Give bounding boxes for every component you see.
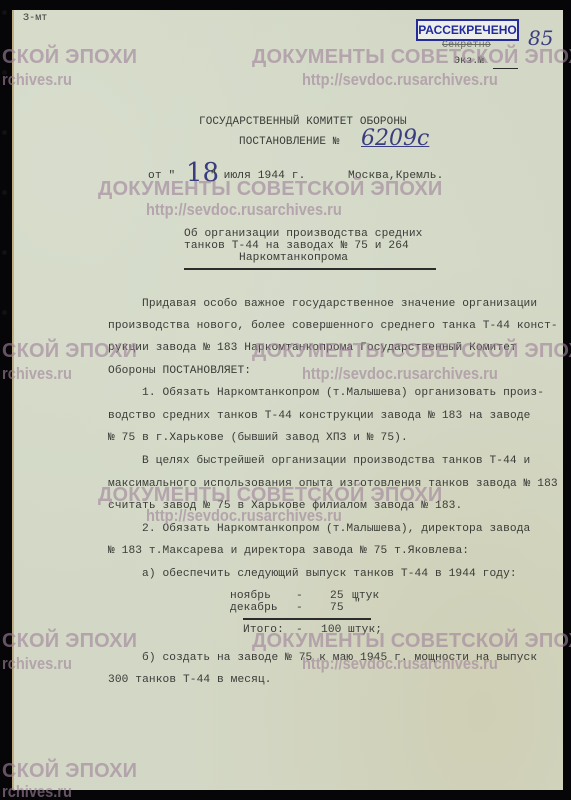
body-line: № 183 т.Максарева и директора завода № 7… bbox=[108, 545, 469, 557]
body-line: Обороны ПОСТАНОВЛЯЕТ: bbox=[108, 365, 251, 377]
watermark-title: СКОЙ ЭПОХИ bbox=[2, 760, 137, 783]
watermark-title: ДОКУМЕНТЫ СОВЕТСКОЙ ЭПОХИ bbox=[98, 484, 443, 507]
watermark-url: http://sevdoc.rusarchives.ru bbox=[302, 364, 498, 384]
watermark-url: http://sevdoc.rusarchives.ru bbox=[146, 200, 342, 220]
total-underline bbox=[243, 618, 371, 620]
watermark-title: ДОКУМЕНТЫ СОВЕТСКОЙ ЭПОХИ bbox=[252, 46, 571, 69]
decree-number: 6209с bbox=[361, 126, 429, 151]
declassified-stamp: РАССЕКРЕЧЕНО bbox=[416, 19, 519, 41]
qty-cell: 25 bbox=[330, 590, 344, 602]
watermark-url: rchives.ru bbox=[2, 782, 72, 800]
body-line: В целях быстрейшей организации производс… bbox=[142, 455, 530, 467]
subject-line-2: танков Т-44 на заводах № 75 и 264 bbox=[184, 240, 409, 252]
watermark-url: rchives.ru bbox=[2, 364, 72, 384]
body-line: производства нового, более совершенного … bbox=[108, 320, 558, 332]
body-line: № 75 в г.Харькове (бывший завод ХПЗ и № … bbox=[108, 432, 408, 444]
watermark-title: ДОКУМЕНТЫ СОВЕТСКОЙ ЭПОХИ bbox=[252, 630, 571, 653]
subject-line-3: Наркомтанкопрома bbox=[239, 252, 348, 264]
unit-cell: " bbox=[354, 598, 361, 610]
watermark-url: http://sevdoc.rusarchives.ru bbox=[302, 654, 498, 674]
month-cell: декабрь bbox=[230, 602, 278, 614]
subject-line-1: Об организации производства средних bbox=[184, 228, 422, 240]
month-cell: ноябрь bbox=[230, 590, 271, 602]
scan-frame: З-мт РАССЕКРЕЧЕНО Секретно Экз.№ 85 ГОСУ… bbox=[0, 0, 571, 800]
body-line: Придавая особо важное государственное зн… bbox=[142, 298, 537, 310]
watermark-url: rchives.ru bbox=[2, 70, 72, 90]
dash-cell: - bbox=[296, 602, 303, 614]
watermark-title: СКОЙ ЭПОХИ bbox=[2, 46, 137, 69]
corner-mark: З-мт bbox=[23, 13, 47, 24]
qty-cell: 75 bbox=[330, 602, 344, 614]
watermark-url: http://sevdoc.rusarchives.ru bbox=[302, 70, 498, 90]
body-line: 1. Обязать Наркомтанкопром (т.Малышева) … bbox=[142, 387, 544, 399]
body-line: а) обеспечить следующий выпуск танков Т-… bbox=[142, 568, 517, 580]
watermark-title: СКОЙ ЭПОХИ bbox=[2, 630, 137, 653]
dash-cell: - bbox=[296, 590, 303, 602]
watermark-url: http://sevdoc.rusarchives.ru bbox=[146, 506, 342, 526]
closing-line: 300 танков Т-44 в месяц. bbox=[108, 674, 272, 686]
body-line: водство средних танков Т-44 конструкции … bbox=[108, 410, 530, 422]
watermark-title: ДОКУМЕНТЫ СОВЕТСКОЙ ЭПОХИ bbox=[98, 178, 443, 201]
watermark-url: rchives.ru bbox=[2, 654, 72, 674]
decree-label: ПОСТАНОВЛЕНИЕ № bbox=[239, 136, 340, 148]
watermark-title: ДОКУМЕНТЫ СОВЕТСКОЙ ЭПОХИ bbox=[252, 340, 571, 363]
watermark-title: СКОЙ ЭПОХИ bbox=[2, 340, 137, 363]
document-page: З-мт РАССЕКРЕЧЕНО Секретно Экз.№ 85 ГОСУ… bbox=[12, 10, 563, 790]
subject-underline bbox=[184, 268, 436, 270]
